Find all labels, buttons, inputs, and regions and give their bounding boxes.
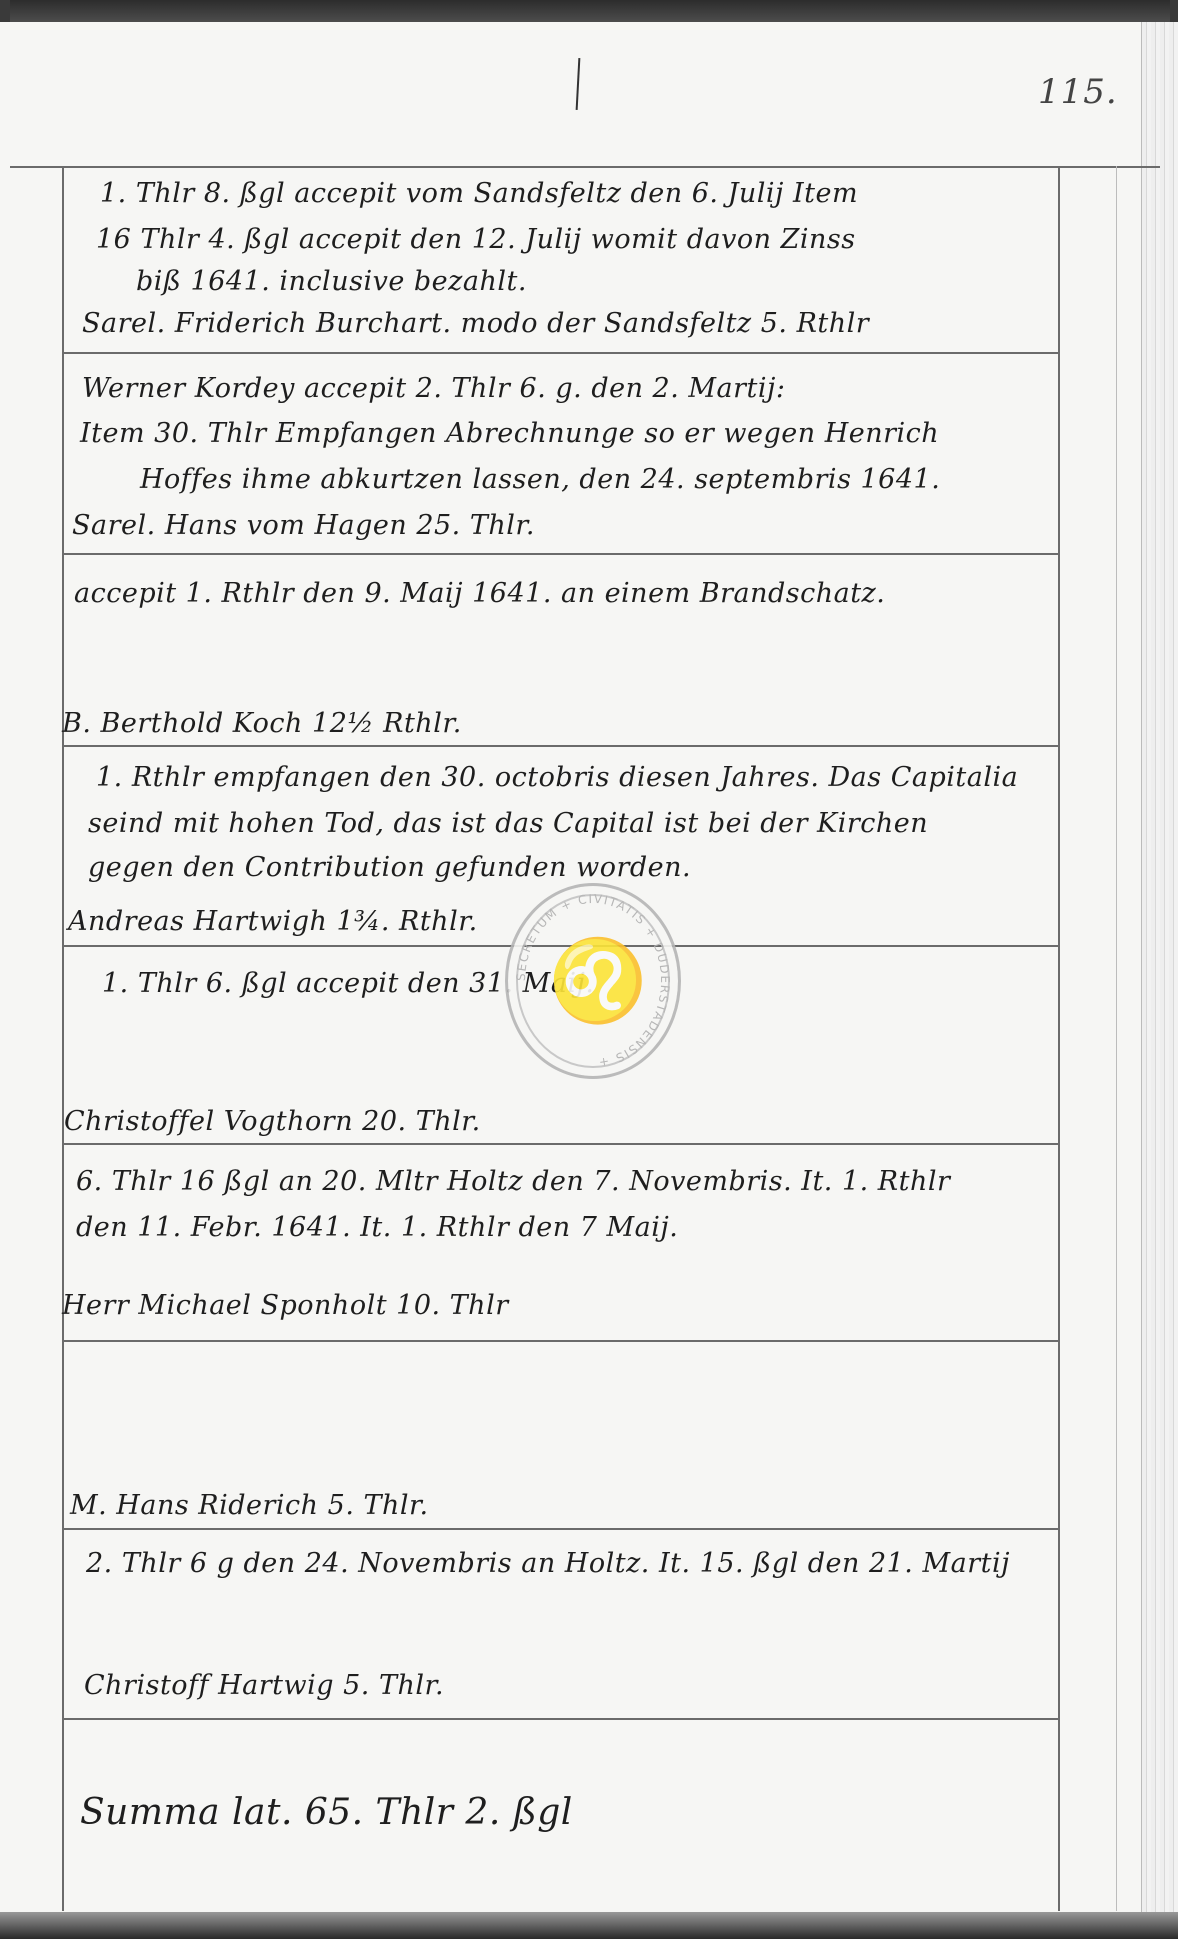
entry-divider: [64, 1718, 1058, 1720]
total-line: Summa lat. 65. Thlr 2. ßgl: [80, 1792, 573, 1833]
entry-line: 6. Thlr 16 ßgl an 20. Mltr Holtz den 7. …: [76, 1166, 950, 1197]
entry-line: 1. Thlr 8. ßgl accepit vom Sandsfeltz de…: [100, 178, 858, 209]
folio-number: 115.: [1038, 72, 1118, 112]
book-bottom-edge: [0, 1912, 1178, 1939]
book-page-edges: [1141, 22, 1178, 1917]
entry-divider: [64, 352, 1058, 354]
entry-name-line: Sarel. Hans vom Hagen 25. Thlr.: [72, 510, 535, 541]
entry-divider: [64, 1340, 1058, 1342]
entry-name-line: M. Hans Riderich 5. Thlr.: [70, 1490, 429, 1521]
header-rule: [10, 166, 1160, 168]
right-margin-rule: [1058, 166, 1060, 1911]
entry-line: Item 30. Thlr Empfangen Abrechnunge so e…: [80, 418, 939, 449]
city-seal-stamp: SECRETUM + CIVITATIS + DUDERSTADENSIS + …: [505, 883, 681, 1079]
entry-divider: [64, 553, 1058, 555]
entry-line: den 11. Febr. 1641. It. 1. Rthlr den 7 M…: [76, 1212, 678, 1243]
entry-name-line: Herr Michael Sponholt 10. Thlr: [62, 1290, 509, 1321]
entry-line: Werner Kordey accepit 2. Thlr 6. g. den …: [82, 373, 786, 404]
entry-name-line: Andreas Hartwigh 1¾. Rthlr.: [68, 906, 478, 937]
entry-line: 2. Thlr 6 g den 24. Novembris an Holtz. …: [86, 1548, 1010, 1579]
entry-line: seind mit hohen Tod, das ist das Capital…: [88, 808, 928, 839]
entry-name-line: Christoff Hartwig 5. Thlr.: [84, 1670, 444, 1701]
entry-divider: [64, 745, 1058, 747]
entry-line: gegen den Contribution gefunden worden.: [88, 852, 691, 883]
entry-divider: [64, 1528, 1058, 1530]
entry-name-line: B. Berthold Koch 12½ Rthlr.: [62, 708, 462, 739]
entry-line: 1. Rthlr empfangen den 30. octobris dies…: [96, 762, 1018, 793]
entry-line: accepit 1. Rthlr den 9. Maij 1641. an ei…: [74, 578, 885, 609]
left-margin-rule: [62, 166, 64, 1911]
outer-margin-rule: [1116, 166, 1117, 1911]
lion-icon: ♌: [548, 931, 638, 1031]
entry-line: biß 1641. inclusive bezahlt.: [96, 266, 527, 297]
entry-line: 16 Thlr 4. ßgl accepit den 12. Julij wom…: [96, 224, 856, 255]
entry-divider: [64, 1143, 1058, 1145]
entry-name-line: Christoffel Vogthorn 20. Thlr.: [64, 1106, 481, 1137]
entry-line: Hoffes ihme abkurtzen lassen, den 24. se…: [100, 464, 940, 495]
entry-name-line: Sarel. Friderich Burchart. modo der Sand…: [82, 308, 869, 339]
